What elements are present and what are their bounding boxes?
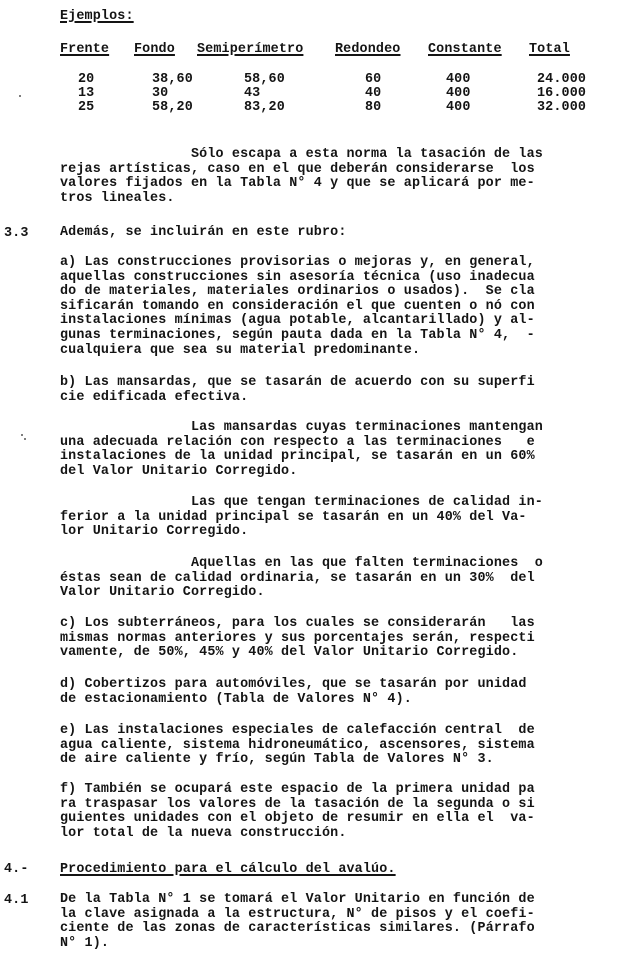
item-e: e) Las instalaciones especiales de calef… — [60, 724, 595, 768]
text-line: de aire caliente y frío, según Tabla de … — [60, 753, 595, 768]
item-f: f) También se ocupará este espacio de la… — [60, 783, 595, 841]
text-line: lor Unitario Corregido. — [60, 525, 595, 540]
column-header-fondo: Fondo — [134, 42, 175, 57]
item-c: c) Los subterráneos, para los cuales se … — [60, 617, 595, 661]
cell-semiperimetro: 58,60 — [244, 73, 285, 87]
cell-frente: 25 — [78, 101, 94, 115]
section-number-4-1: 4.1 — [4, 893, 29, 908]
text-line: una adecuada relación con respecto a las… — [60, 436, 595, 451]
text-line: lor total de la nueva construcción. — [60, 827, 595, 842]
scan-speck — [24, 438, 26, 440]
text-line: d) Cobertizos para automóviles, que se t… — [60, 678, 595, 693]
text-line: del Valor Unitario Corregido. — [60, 465, 595, 480]
item-b: b) Las mansardas, que se tasarán de acue… — [60, 376, 595, 405]
cell-frente: 13 — [78, 87, 94, 101]
text-line: guientes unidades con el objeto de resum… — [60, 812, 595, 827]
text-line: instalaciones mínimas (agua potable, alc… — [60, 314, 595, 329]
text-line: ferior a la unidad principal se tasarán … — [60, 511, 595, 526]
item-b-paragraph-1: Las mansardas cuyas terminaciones manten… — [60, 421, 595, 479]
text-line: cie edificada efectiva. — [60, 391, 595, 406]
column-header-frente: Frente — [60, 42, 109, 57]
table-row: 13 30 43 40 400 16.000 — [0, 87, 630, 101]
scan-speck — [19, 95, 21, 97]
column-header-total: Total — [529, 42, 570, 57]
text-line: De la Tabla N° 1 se tomará el Valor Unit… — [60, 893, 595, 908]
text-line: ra traspasar los valores de la tasación … — [60, 798, 595, 813]
text-line: rejas artísticas, caso en el que deberán… — [60, 163, 595, 178]
section-number-4: 4.- — [4, 862, 29, 877]
column-header-redondeo: Redondeo — [335, 42, 401, 57]
text-line: vamente, de 50%, 45% y 40% del Valor Uni… — [60, 646, 595, 661]
text-line: a) Las construcciones provisorias o mejo… — [60, 256, 595, 271]
text-line: Aquellas en las que falten terminaciones… — [60, 557, 595, 572]
scan-speck — [21, 434, 23, 436]
cell-fondo: 38,60 — [152, 73, 193, 87]
text-line: instalaciones de la unidad principal, se… — [60, 450, 595, 465]
cell-fondo: 58,20 — [152, 101, 193, 115]
table-row: 25 58,20 83,20 80 400 32.000 — [0, 101, 630, 115]
column-header-constante: Constante — [428, 42, 502, 57]
cell-semiperimetro: 83,20 — [244, 101, 285, 115]
text-line: sificarán tomando en consideración el qu… — [60, 300, 595, 315]
text-line: Valor Unitario Corregido. — [60, 586, 595, 601]
cell-fondo: 30 — [152, 87, 168, 101]
paragraph-rejas: Sólo escapa a esta norma la tasación de … — [60, 148, 595, 206]
cell-frente: 20 — [78, 73, 94, 87]
text-line: valores fijados en la Tabla N° 4 y que s… — [60, 177, 595, 192]
text-line: Las mansardas cuyas terminaciones manten… — [60, 421, 595, 436]
item-b-paragraph-3: Aquellas en las que falten terminaciones… — [60, 557, 595, 601]
text-line: do de materiales, materiales ordinarios … — [60, 285, 595, 300]
cell-total: 24.000 — [537, 73, 586, 87]
text-line: ciente de las zonas de características s… — [60, 922, 595, 937]
item-a: a) Las construcciones provisorias o mejo… — [60, 256, 595, 358]
text-line: de estacionamiento (Tabla de Valores N° … — [60, 693, 595, 708]
text-line: mismas normas anteriores y sus porcentaj… — [60, 632, 595, 647]
text-line: éstas sean de calidad ordinaria, se tasa… — [60, 572, 595, 587]
text-line: cualquiera que sea su material predomina… — [60, 344, 595, 359]
examples-heading: Ejemplos: — [60, 9, 134, 24]
cell-redondeo: 80 — [365, 101, 381, 115]
text-line: Sólo escapa a esta norma la tasación de … — [60, 148, 595, 163]
cell-redondeo: 40 — [365, 87, 381, 101]
text-line: agua caliente, sistema hidroneumático, a… — [60, 739, 595, 754]
cell-constante: 400 — [446, 87, 471, 101]
text-line: Además, se incluirán en este rubro: — [60, 226, 595, 241]
cell-constante: 400 — [446, 101, 471, 115]
text-line: N° 1). — [60, 937, 595, 952]
table-row: 20 38,60 58,60 60 400 24.000 — [0, 73, 630, 87]
cell-semiperimetro: 43 — [244, 87, 260, 101]
section-number-3-3: 3.3 — [4, 226, 29, 241]
cell-redondeo: 60 — [365, 73, 381, 87]
section-4-1-body: De la Tabla N° 1 se tomará el Valor Unit… — [60, 893, 595, 951]
text-line: c) Los subterráneos, para los cuales se … — [60, 617, 595, 632]
item-d: d) Cobertizos para automóviles, que se t… — [60, 678, 595, 707]
text-line: la clave asignada a la estructura, N° de… — [60, 908, 595, 923]
column-header-semiperimetro: Semiperímetro — [197, 42, 303, 57]
text-line: f) También se ocupará este espacio de la… — [60, 783, 595, 798]
text-line: gunas terminaciones, según pauta dada en… — [60, 329, 595, 344]
cell-constante: 400 — [446, 73, 471, 87]
section-3-3-intro: Además, se incluirán en este rubro: — [60, 226, 595, 241]
item-b-paragraph-2: Las que tengan terminaciones de calidad … — [60, 496, 595, 540]
text-line: e) Las instalaciones especiales de calef… — [60, 724, 595, 739]
text-line: aquellas construcciones sin asesoría téc… — [60, 271, 595, 286]
text-line: b) Las mansardas, que se tasarán de acue… — [60, 376, 595, 391]
text-line: tros lineales. — [60, 192, 595, 207]
section-4-title: Procedimiento para el cálculo del avalúo… — [60, 862, 396, 877]
cell-total: 32.000 — [537, 101, 586, 115]
cell-total: 16.000 — [537, 87, 586, 101]
text-line: Las que tengan terminaciones de calidad … — [60, 496, 595, 511]
